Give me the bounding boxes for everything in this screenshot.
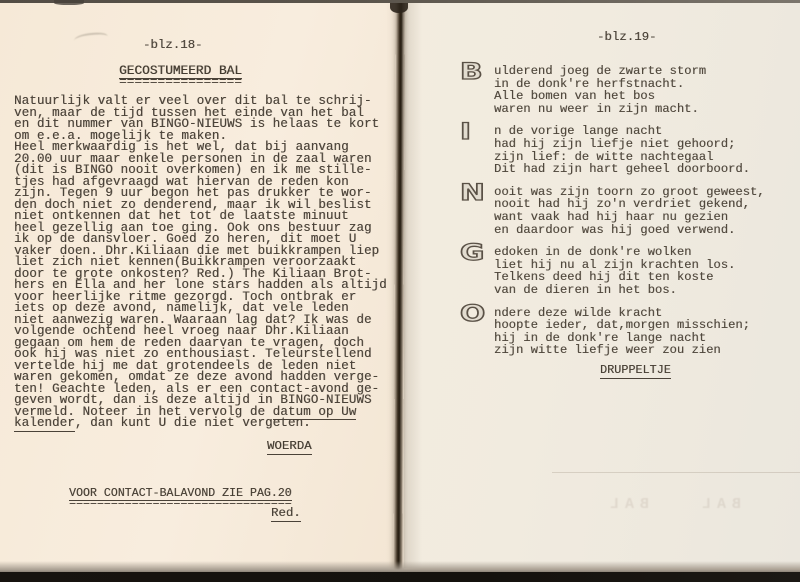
poem-stanza-4: G edoken in de donk're wolken liet hij n…: [462, 246, 765, 296]
footer-note-block: VOOR CONTACT-BALAVOND ZIE PAG.20 =======…: [69, 483, 292, 507]
drop-cap-i: I: [460, 120, 471, 145]
poem-signature-text: DRUPPELTJE: [600, 363, 671, 379]
footer-note-underline: ================================: [69, 501, 292, 507]
bleed-through-text: BAL: [604, 496, 649, 513]
page-18: -blz.18- GECOSTUMEERD BAL ==============…: [0, 2, 402, 568]
author-signature: WOERDA: [267, 439, 312, 453]
photo-top-edge: [0, 0, 800, 3]
page-number-right: -blz.19-: [597, 30, 657, 44]
poem-stanza-2: I n de vorige lange nacht had hij zijn l…: [462, 125, 765, 175]
drop-cap-g: G: [460, 241, 484, 266]
article-title-block: GECOSTUMEERD BAL ================: [119, 61, 259, 85]
paper-crease-line: [552, 472, 800, 473]
editor-signature: Red.: [271, 506, 301, 520]
stanza-text: ooit was zijn toorn zo groot geweest, no…: [494, 186, 765, 236]
body-text-before: Natuurlijk valt er veel over dit bal te …: [14, 94, 387, 419]
page-number-left: -blz.18-: [143, 38, 203, 52]
poem-stanza-5: O ndere deze wilde kracht hoopte ieder, …: [462, 307, 765, 357]
author-signature-text: WOERDA: [267, 439, 312, 455]
stanza-text: edoken in de donk're wolken liet hij nu …: [494, 246, 765, 296]
article-title-underline: ================: [119, 79, 259, 85]
scanned-newsletter-photo: -blz.18- GECOSTUMEERD BAL ==============…: [0, 0, 800, 582]
ink-bleed-through: BAL BAL: [404, 496, 800, 520]
stanza-text: ndere deze wilde kracht hoopte ieder, da…: [494, 307, 765, 357]
drop-cap-n: N: [460, 181, 485, 206]
bleed-through-text: BAL: [696, 496, 741, 513]
underlined-phrase-2: kalender: [14, 416, 75, 432]
editor-signature-text: Red.: [271, 506, 301, 522]
poem: B ulderend joeg de zwarte storm in de do…: [462, 65, 765, 367]
photo-bottom-edge: [0, 572, 800, 582]
photo-top-edge-mark: [54, 0, 84, 5]
page-19: -blz.19- B ulderend joeg de zwarte storm…: [404, 2, 800, 568]
poem-stanza-3: N ooit was zijn toorn zo groot geweest, …: [462, 186, 765, 236]
body-text-after: , dan kunt U die niet vergeten.: [75, 416, 311, 430]
drop-cap-o: O: [460, 302, 485, 327]
stanza-text: ulderend joeg de zwarte storm in de donk…: [494, 65, 765, 115]
stanza-text: n de vorige lange nacht had hij zijn lie…: [494, 125, 765, 175]
article-body: Natuurlijk valt er veel over dit bal te …: [14, 96, 398, 430]
drop-cap-b: B: [460, 60, 483, 85]
poem-signature: DRUPPELTJE: [600, 363, 671, 377]
pencil-mark: [74, 32, 109, 46]
poem-stanza-1: B ulderend joeg de zwarte storm in de do…: [462, 65, 765, 115]
